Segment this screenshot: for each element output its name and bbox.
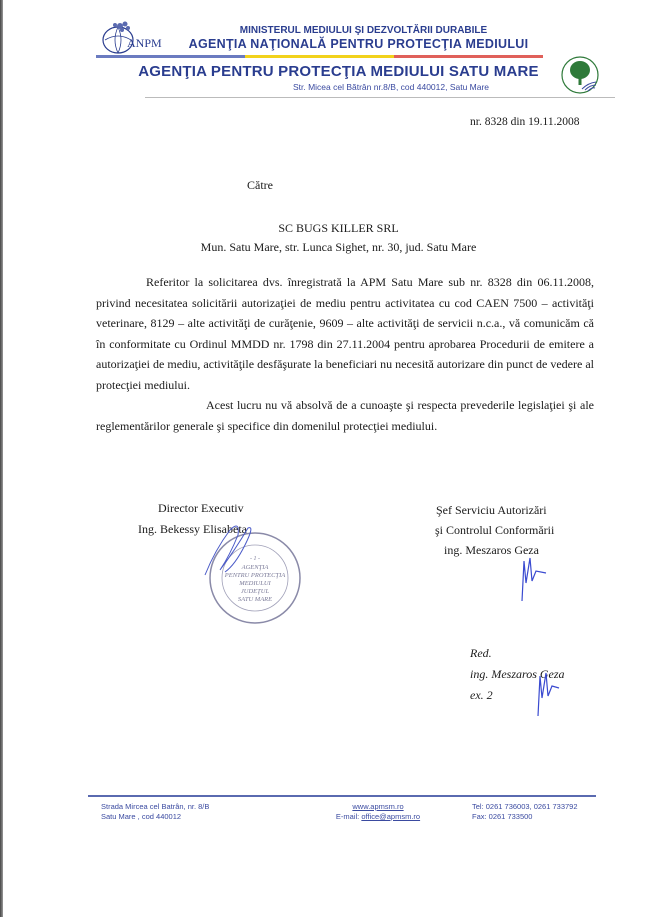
recipient-address: Mun. Satu Mare, str. Lunca Sighet, nr. 3… bbox=[0, 240, 647, 255]
footer-address: Strada Mircea cel Batrân, nr. 8/B Satu M… bbox=[101, 802, 209, 822]
redactor-label: Red. bbox=[470, 643, 565, 664]
recipient-name: SC BUGS KILLER SRL bbox=[0, 221, 647, 236]
local-agency-address: Str. Micea cel Bătrân nr.8/B, cod 440012… bbox=[0, 82, 647, 92]
body-paragraph-1: Referitor la solicitarea dvs. înregistra… bbox=[96, 272, 594, 395]
svg-text:SATU MARE: SATU MARE bbox=[238, 596, 272, 603]
local-agency-title: AGENŢIA PENTRU PROTECŢIA MEDIULUI SATU M… bbox=[0, 63, 647, 80]
salutation: Către bbox=[247, 178, 273, 193]
signature-block-right: Şef Serviciu Autorizări şi Controlul Con… bbox=[436, 500, 554, 560]
signer-title-2: şi Controlul Conformării bbox=[435, 520, 554, 540]
scan-edge bbox=[0, 0, 3, 917]
tricolor-rule bbox=[96, 55, 543, 58]
signer-title-1: Şef Serviciu Autorizări bbox=[436, 500, 554, 520]
footer-divider bbox=[88, 795, 596, 797]
header-divider bbox=[145, 97, 615, 98]
footer-address-line-1: Strada Mircea cel Batrân, nr. 8/B bbox=[101, 802, 209, 812]
footer-address-line-2: Satu Mare , cod 440012 bbox=[101, 812, 209, 822]
footer-phone: Tel: 0261 736003, 0261 733792 Fax: 0261 … bbox=[472, 802, 578, 822]
body-paragraph-2: Acest lucru nu vă absolvă de a cunoaşte … bbox=[96, 395, 594, 436]
svg-text:JUDEŢUL: JUDEŢUL bbox=[241, 588, 270, 595]
footer-tel: Tel: 0261 736003, 0261 733792 bbox=[472, 802, 578, 812]
national-agency-title: AGENŢIA NAŢIONALĂ PENTRU PROTECŢIA MEDIU… bbox=[0, 37, 647, 51]
tree-icon bbox=[560, 55, 600, 95]
svg-text:MEDIULUI: MEDIULUI bbox=[238, 580, 271, 587]
letter-body: Referitor la solicitarea dvs. înregistra… bbox=[96, 272, 594, 436]
footer-contact-web: www.apmsm.ro E-mail: office@apmsm.ro bbox=[318, 802, 438, 822]
footer-fax: Fax: 0261 733500 bbox=[472, 812, 578, 822]
email-label: E-mail: bbox=[336, 812, 359, 821]
email-link[interactable]: office@apmsm.ro bbox=[361, 812, 420, 821]
signature-scribble-right bbox=[510, 553, 550, 603]
ministry-title: MINISTERUL MEDIULUI ŞI DEZVOLTĂRII DURAB… bbox=[0, 25, 647, 36]
signature-scribble-left bbox=[200, 520, 260, 580]
reference-number: nr. 8328 din 19.11.2008 bbox=[470, 116, 579, 128]
signature-scribble-redactor bbox=[530, 668, 560, 718]
signer-title: Director Executiv bbox=[158, 498, 247, 519]
website-link[interactable]: www.apmsm.ro bbox=[352, 802, 403, 811]
